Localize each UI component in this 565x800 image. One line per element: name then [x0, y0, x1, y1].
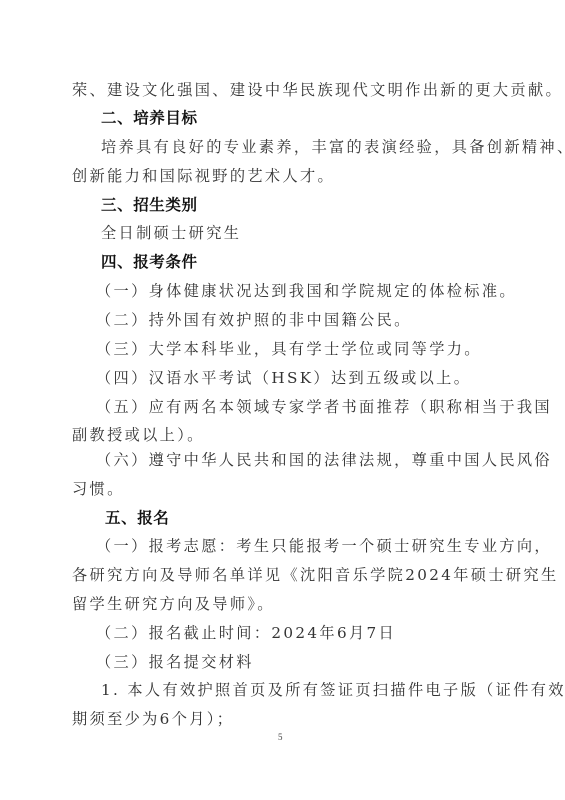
requirement-item-2: （二）持外国有效护照的非中国籍公民。	[96, 310, 520, 330]
registration-item-1: （一）报考志愿：考生只能报考一个硕士研究生专业方向，	[96, 536, 520, 556]
page-number: 5	[278, 732, 283, 742]
requirement-item-1: （一）身体健康状况达到我国和学院规定的体检标准。	[96, 281, 520, 301]
section-heading-enrollment-type: 三、招生类别	[101, 195, 497, 215]
materials-item-1-cont: 期须至少为6个月）；	[72, 709, 496, 729]
document-page: 荣、建设文化强国、建设中华民族现代文明作出新的更大贡献。 二、培养目标 培养具有…	[0, 0, 565, 800]
section-heading-training-goals: 二、培养目标	[101, 108, 497, 128]
registration-item-1-cont2: 留学生研究方向及导师》。	[72, 594, 496, 614]
section-heading-registration: 五、报名	[105, 508, 501, 528]
requirement-item-3: （三）大学本科毕业，具有学士学位或同等学力。	[96, 339, 520, 359]
paragraph-continuation: 荣、建设文化强国、建设中华民族现代文明作出新的更大贡献。	[72, 80, 496, 100]
registration-item-1-cont: 各研究方向及导师名单详见《沈阳音乐学院2024年硕士研究生	[72, 565, 496, 585]
materials-item-1: 1. 本人有效护照首页及所有签证页扫描件电子版（证件有效	[101, 680, 525, 700]
requirement-item-5-cont: 副教授或以上）。	[72, 425, 496, 445]
paragraph-training-goals-cont: 创新能力和国际视野的艺术人才。	[72, 166, 496, 186]
requirement-item-4: （四）汉语水平考试（HSK）达到五级或以上。	[96, 368, 520, 388]
paragraph-enrollment-type: 全日制硕士研究生	[101, 223, 497, 243]
paragraph-training-goals: 培养具有良好的专业素养，丰富的表演经验，具备创新精神、	[101, 137, 497, 157]
requirement-item-5: （五）应有两名本领域专家学者书面推荐（职称相当于我国	[96, 397, 520, 417]
section-heading-requirements: 四、报考条件	[101, 252, 497, 272]
registration-materials-heading: （三）报名提交材料	[96, 652, 520, 672]
requirement-item-6: （六）遵守中华人民共和国的法律法规，尊重中国人民风俗	[96, 450, 520, 470]
registration-deadline: （二）报名截止时间：2024年6月7日	[96, 623, 520, 643]
requirement-item-6-cont: 习惯。	[72, 479, 496, 499]
